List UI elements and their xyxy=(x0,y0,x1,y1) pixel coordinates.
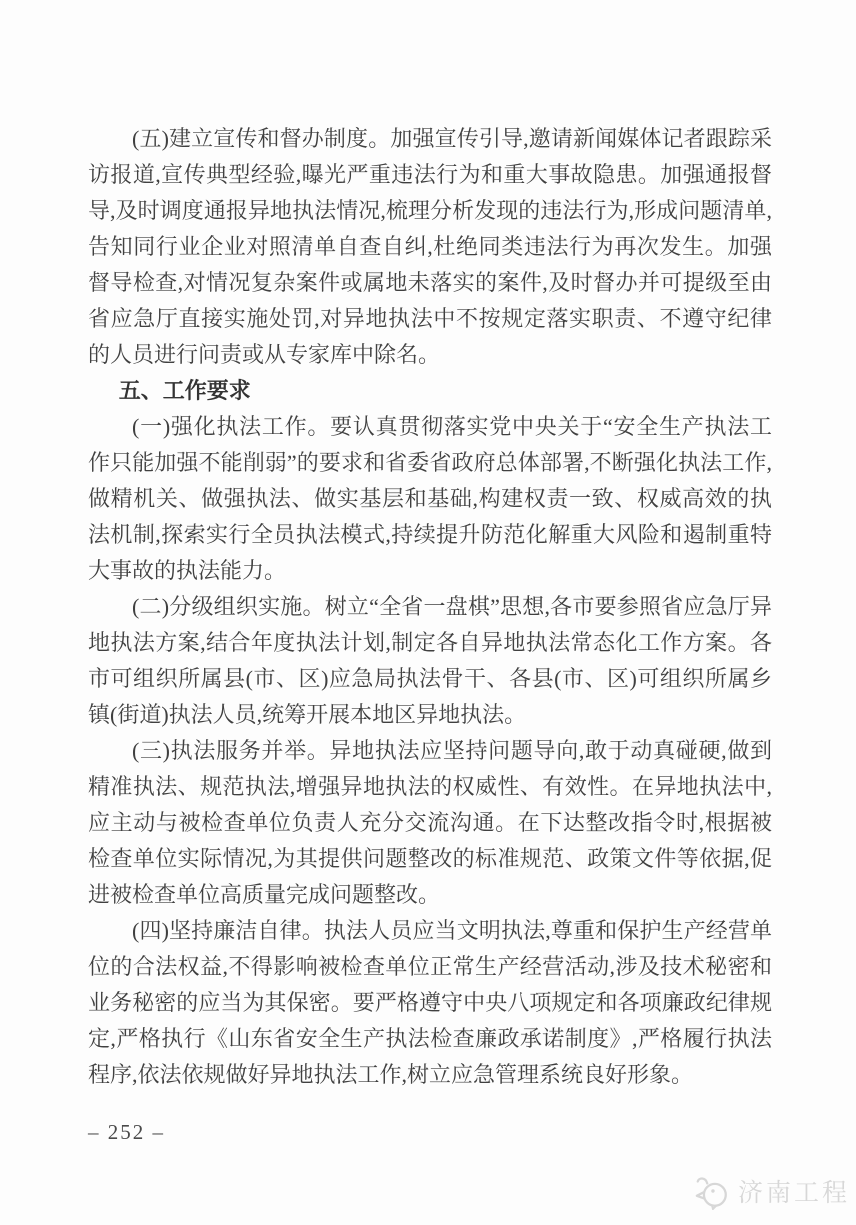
account-logo-icon xyxy=(693,1172,731,1210)
paragraph-item4: (四)坚持廉洁自律。执法人员应当文明执法,尊重和保护生产经营单位的合法权益,不得… xyxy=(88,913,772,1093)
document-body: (五)建立宣传和督办制度。加强宣传引导,邀请新闻媒体记者跟踪采访报道,宣传典型经… xyxy=(88,121,772,1093)
page-number: – 252 – xyxy=(88,1119,165,1145)
paragraph-section5: (五)建立宣传和督办制度。加强宣传引导,邀请新闻媒体记者跟踪采访报道,宣传典型经… xyxy=(88,121,772,373)
watermark: 济南工程 xyxy=(693,1172,850,1210)
paragraph-item2: (二)分级组织实施。树立“全省一盘棋”思想,各市要参照省应急厅异地执法方案,结合… xyxy=(88,589,772,733)
paragraph-item3: (三)执法服务并举。异地执法应坚持问题导向,敢于动真碰硬,做到精准执法、规范执法… xyxy=(88,733,772,913)
section-heading: 五、工作要求 xyxy=(88,373,772,409)
paragraph-item1: (一)强化执法工作。要认真贯彻落实党中央关于“安全生产执法工作只能加强不能削弱”… xyxy=(88,409,772,589)
document-page: (五)建立宣传和督办制度。加强宣传引导,邀请新闻媒体记者跟踪采访报道,宣传典型经… xyxy=(0,0,856,1225)
watermark-text: 济南工程 xyxy=(738,1173,850,1209)
